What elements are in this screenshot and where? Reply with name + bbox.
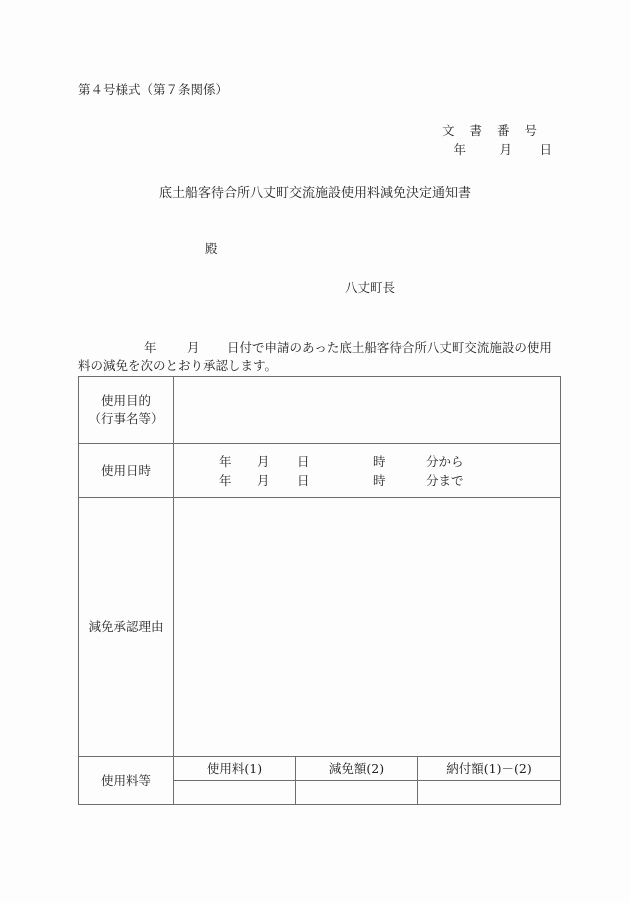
addressee-suffix: 殿: [205, 239, 218, 257]
datetime-label: 使用日時: [79, 444, 174, 498]
date-day: 日: [539, 140, 552, 158]
fee-header-reduction: 減免額(2): [296, 757, 418, 781]
fee-label: 使用料等: [79, 757, 174, 805]
fee-value-usage[interactable]: [174, 781, 296, 805]
body-month: 月: [187, 338, 227, 356]
document-title: 底土船客待合所八丈町交流施設使用料減免決定通知書: [0, 182, 630, 201]
form-number: 第４号様式（第７条関係）: [78, 80, 228, 98]
body-year: 年: [144, 338, 187, 356]
fee-value-reduction[interactable]: [296, 781, 418, 805]
datetime-row: 使用日時 年月日時分から 年月日時分まで: [79, 444, 561, 498]
body-line-1: 年月日付で申請のあった底土船客待合所八丈町交流施設の使用: [78, 338, 552, 356]
document-date: 年月日: [453, 140, 552, 158]
fee-header-usage: 使用料(1): [174, 757, 296, 781]
body-line-2: 料の減免を次のとおり承認します。: [78, 356, 277, 374]
datetime-to: 年月日時分まで: [219, 471, 560, 490]
datetime-from: 年月日時分から: [219, 452, 560, 471]
purpose-row: 使用目的 （行事名等）: [79, 377, 561, 444]
purpose-label: 使用目的 （行事名等）: [79, 377, 174, 444]
fee-header-row: 使用料等 使用料(1) 減免額(2) 納付額(1)－(2): [79, 757, 561, 781]
reason-value[interactable]: [174, 498, 561, 757]
body-text: 日付で申請のあった底土船客待合所八丈町交流施設の使用: [227, 340, 552, 355]
reason-label: 減免承認理由: [79, 498, 174, 757]
document-number-label: 文書番号: [442, 121, 552, 139]
approval-table: 使用目的 （行事名等） 使用日時 年月日時分から 年月日時分まで 減免承認理由 …: [78, 376, 561, 805]
purpose-value[interactable]: [174, 377, 561, 444]
date-month: 月: [499, 140, 539, 158]
fee-value-payment[interactable]: [418, 781, 561, 805]
reason-row: 減免承認理由: [79, 498, 561, 757]
datetime-value[interactable]: 年月日時分から 年月日時分まで: [174, 444, 561, 498]
sender: 八丈町長: [345, 278, 395, 296]
fee-header-payment: 納付額(1)－(2): [418, 757, 561, 781]
date-year: 年: [453, 140, 499, 158]
